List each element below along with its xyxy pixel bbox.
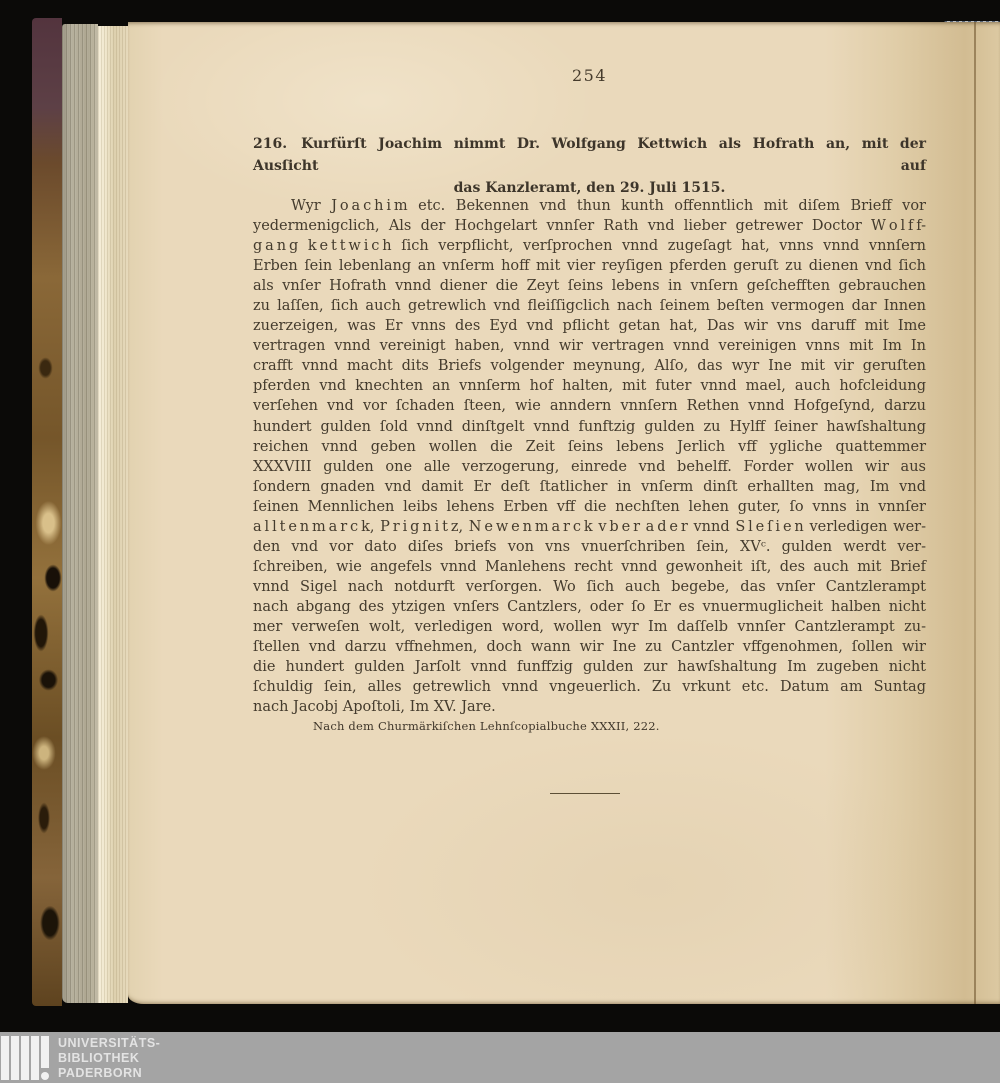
body-line: verſehen vnd vor ſchaden ſteen, wie annd…: [253, 396, 926, 416]
body-line: ſeinen Mennlichen leibs lehens Erben vff…: [253, 497, 926, 517]
body-line: hundert gulden ſold vnnd dinſtgelt vnnd …: [253, 417, 926, 437]
document-body: Wyr J o a c h i m etc. Bekennen vnd thun…: [253, 196, 926, 717]
body-line: pferden vnd knechten an vnnſerm hof halt…: [253, 376, 926, 396]
body-line: yedermenigclich, Als der Hochgelart vnnſ…: [253, 216, 926, 236]
body-line: ſondern gnaden vnd damit Er deſt ſtatlic…: [253, 477, 926, 497]
body-line: Wyr J o a c h i m etc. Bekennen vnd thun…: [253, 196, 926, 216]
logo-bar: [1, 1036, 9, 1080]
logo-bar: [11, 1036, 19, 1080]
body-line: den vnd vor dato diſes briefs von vns vn…: [253, 537, 926, 557]
body-line: ſchuldig ſein, alles getrewlich vnnd vng…: [253, 677, 926, 697]
body-line: vnnd Sigel nach notdurft verſorgen. Wo ſ…: [253, 577, 926, 597]
page-block-edges-gray: [62, 24, 98, 1003]
body-line: a l l t e n m a r c k, P r i g n i t z, …: [253, 517, 926, 537]
body-line: ſchreiben, wie angefels vnnd Manlehens r…: [253, 557, 926, 577]
source-footnote: Nach dem Churmärkiſchen Lehnſcopialbuche…: [313, 719, 660, 733]
body-line: XXXVIII gulden one alle verzogerung, ein…: [253, 457, 926, 477]
book-page: 254 216. Kurfürſt Joachim nimmt Dr. Wolf…: [128, 22, 1000, 1004]
body-line: vertragen vnnd vereinigt haben, vnnd wir…: [253, 336, 926, 356]
library-footer-bar: UNIVERSITÄTS- BIBLIOTHEK PADERBORN: [0, 1032, 1000, 1083]
body-line: nach abgang des ytzigen vnſers Cantzlers…: [253, 597, 926, 617]
body-line: als vnſer Hofrath vnnd diener die Zeyt ſ…: [253, 276, 926, 296]
library-name-line-3: PADERBORN: [58, 1066, 160, 1081]
body-line: mer verweſen wolt, verledigen word, woll…: [253, 617, 926, 637]
book-scan: 254 216. Kurfürſt Joachim nimmt Dr. Wolf…: [0, 0, 1000, 1083]
body-line: nach Jacobj Apoſtoli, Im XV. Jare.: [253, 697, 926, 717]
page-block-edges-cream: [98, 26, 128, 1003]
body-line: Erben ſein lebenlang an vnſerm hoff mit …: [253, 256, 926, 276]
logo-dot: [41, 1072, 49, 1080]
body-line: reichen vnnd geben wollen die Zeit ſeins…: [253, 437, 926, 457]
library-name-line-2: BIBLIOTHEK: [58, 1051, 160, 1066]
heading-line-1: 216. Kurfürſt Joachim nimmt Dr. Wolfgang…: [253, 133, 926, 177]
library-name-line-1: UNIVERSITÄTS-: [58, 1036, 160, 1051]
gutter-crease: [974, 22, 976, 1004]
body-line: die hundert gulden Jarſolt vnnd funffzig…: [253, 657, 926, 677]
body-line: g a n g k e t t w i c h ſich verpflicht,…: [253, 236, 926, 256]
body-line: zu laſſen, ſich auch getrewlich vnd flei…: [253, 296, 926, 316]
logo-bar: [31, 1036, 39, 1080]
document-heading: 216. Kurfürſt Joachim nimmt Dr. Wolfgang…: [253, 133, 926, 199]
body-line: ſtellen vnd darzu vffnehmen, doch wann w…: [253, 637, 926, 657]
library-name: UNIVERSITÄTS- BIBLIOTHEK PADERBORN: [58, 1036, 160, 1081]
book-cover-marbled-edge: [32, 18, 62, 1006]
page-number: 254: [253, 66, 926, 85]
separator-rule: [550, 793, 620, 794]
library-logo-icon: [1, 1036, 51, 1082]
body-line: crafft vnnd macht dits Briefs volgender …: [253, 356, 926, 376]
body-line: zuerzeigen, was Er vnns des Eyd vnd pfli…: [253, 316, 926, 336]
logo-bar: [41, 1036, 49, 1068]
logo-bar: [21, 1036, 29, 1080]
